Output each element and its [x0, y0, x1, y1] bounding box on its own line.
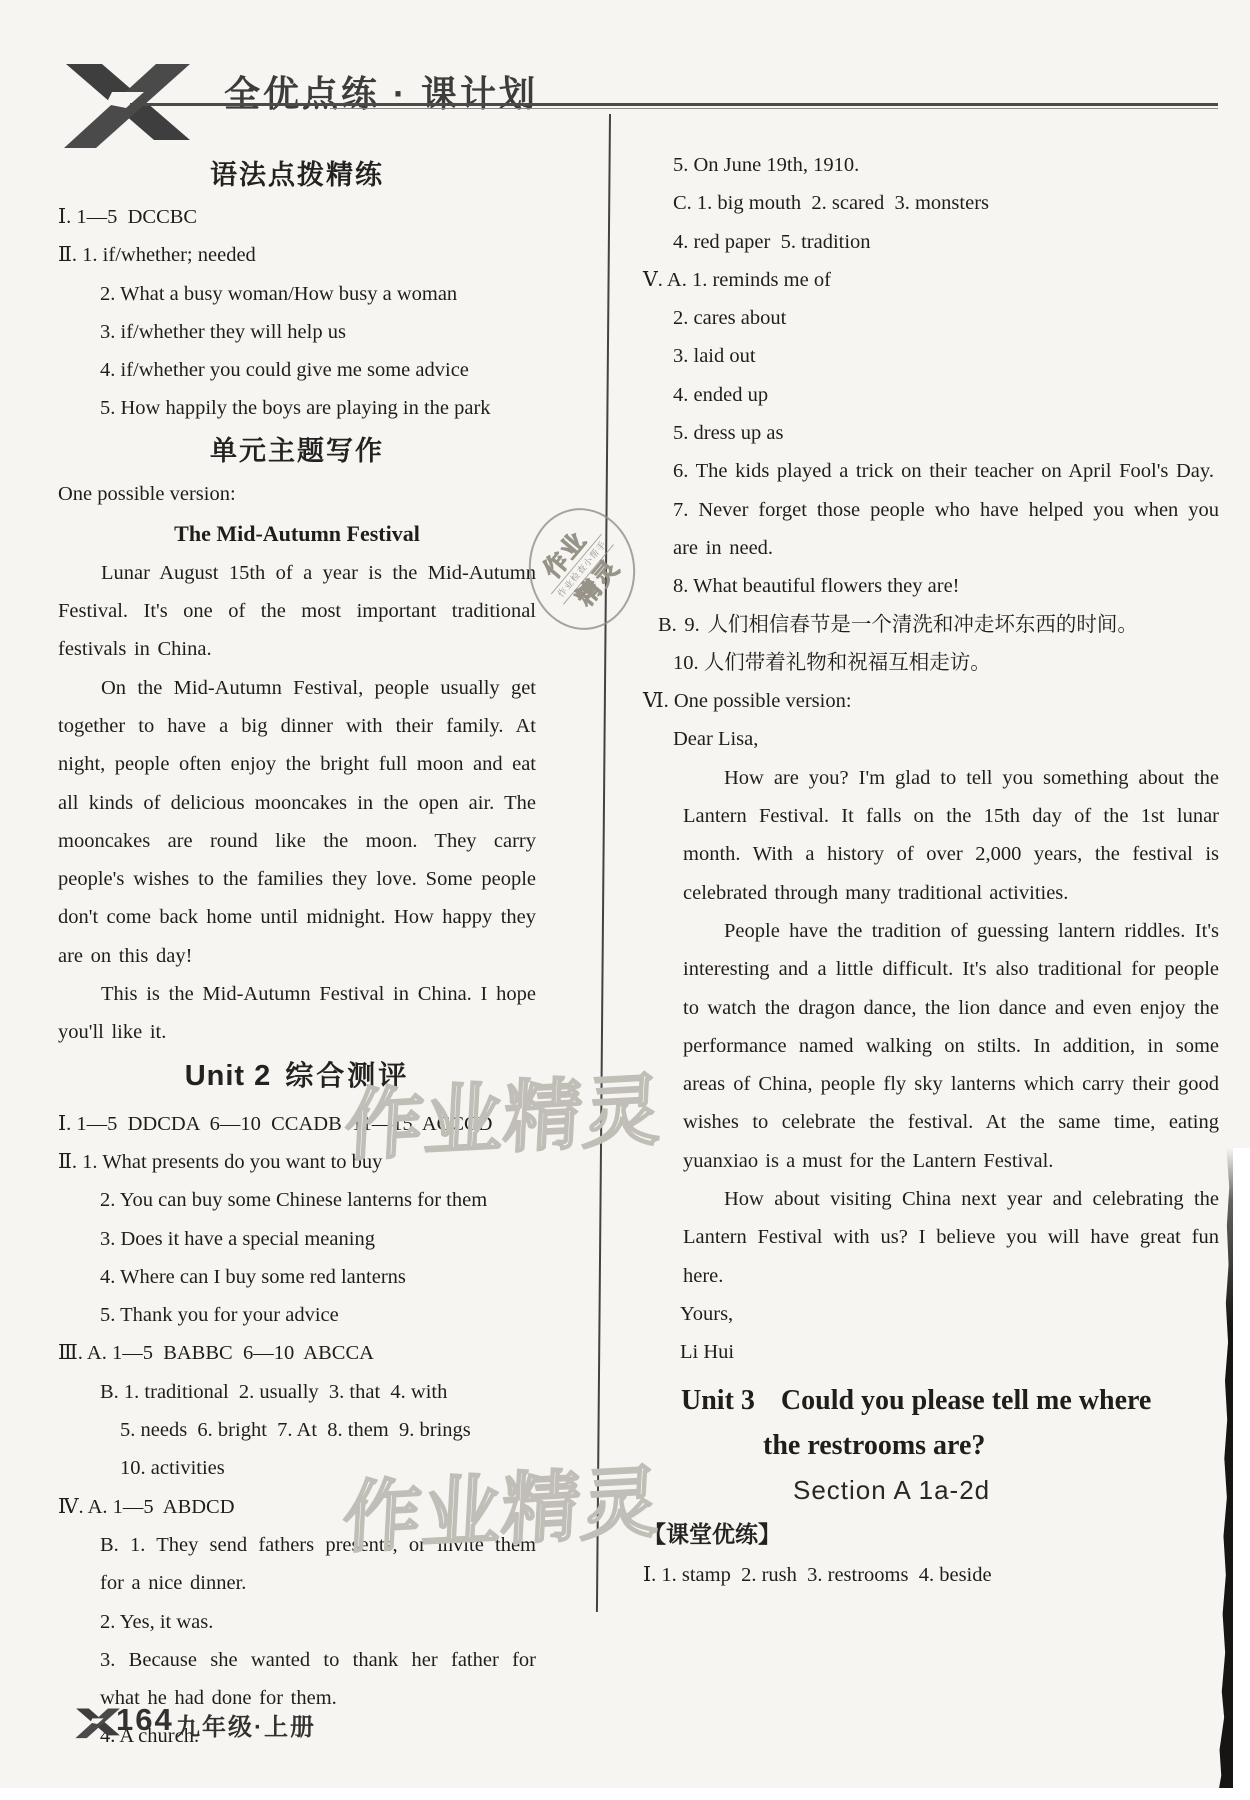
scan-margin-right: [1233, 1148, 1250, 1800]
answer-line: 4. ended up: [673, 376, 1219, 414]
unit3-heading-line2: the restrooms are?: [763, 1424, 1219, 1468]
answer-line: 5. How happily the boys are playing in t…: [100, 389, 536, 427]
answer-line: 6. The kids played a trick on their teac…: [673, 452, 1219, 490]
scan-margin-bottom: [0, 1788, 1250, 1800]
answer-line: Ⅲ. A. 1—5 BABBC 6—10 ABCCA: [58, 1334, 536, 1372]
right-column: 5. On June 19th, 1910. C. 1. big mouth 2…: [643, 146, 1219, 1594]
section-heading-writing: 单元主题写作: [58, 428, 536, 474]
essay-paragraph: This is the Mid-Autumn Festival in China…: [58, 975, 536, 1052]
answer-line: 4. Where can I buy some red lanterns: [100, 1258, 536, 1296]
section-heading-grammar: 语法点拨精练: [58, 152, 536, 198]
answer-line: 5. dress up as: [673, 414, 1219, 452]
answer-line: 2. cares about: [673, 299, 1219, 337]
answer-line: 3. if/whether they will help us: [100, 313, 536, 351]
unit3-heading-line1: Unit 3Could you please tell me where: [681, 1378, 1219, 1424]
answer-line: Ⅵ. One possible version:: [643, 682, 1219, 720]
answer-line: 8. What beautiful flowers they are!: [673, 567, 1219, 605]
round-stamp: 作业 作业检查小帮手 精灵: [521, 501, 643, 637]
answer-line: 10. 人们带着礼物和祝福互相走访。: [673, 644, 1219, 682]
answer-line: B. 9. 人们相信春节是一个清洗和冲走坏东西的时间。: [658, 606, 1219, 644]
answer-line: 2. What a busy woman/How busy a woman: [100, 275, 536, 313]
answer-line: Ⅴ. A. 1. reminds me of: [643, 261, 1219, 299]
answer-line: Ⅱ. 1. if/whether; needed: [58, 236, 536, 274]
essay-paragraph: On the Mid-Autumn Festival, people usual…: [58, 669, 536, 975]
answer-line: 3. laid out: [673, 337, 1219, 375]
column-divider: [596, 114, 611, 1612]
section-a-heading: Section A 1a-2d: [793, 1468, 1219, 1512]
answer-line: 5. needs 6. bright 7. At 8. them 9. brin…: [120, 1411, 536, 1449]
essay-title: The Mid-Autumn Festival: [58, 514, 536, 554]
letter-paragraph: How are you? I'm glad to tell you someth…: [683, 759, 1219, 912]
answer-line: 7. Never forget those people who have he…: [673, 491, 1219, 568]
answer-line: 4. red paper 5. tradition: [673, 223, 1219, 261]
answer-line: C. 1. big mouth 2. scared 3. monsters: [673, 184, 1219, 222]
letter-paragraph: People have the tradition of guessing la…: [683, 912, 1219, 1180]
footer-grade-label: 九年级·上册: [176, 1707, 316, 1742]
watermark-text: 作业精灵: [340, 1440, 663, 1568]
answer-line: B. 1. traditional 2. usually 3. that 4. …: [100, 1373, 536, 1411]
unit2-label: Unit 2: [185, 1060, 272, 1092]
ketang-youlian-heading: 【课堂优练】: [643, 1512, 1219, 1556]
answer-line: 5. Thank you for your advice: [100, 1296, 536, 1334]
watermark-text: 作业精灵: [342, 1048, 665, 1176]
one-possible-version-label: One possible version:: [58, 474, 536, 514]
footer-logo-icon: [74, 1702, 122, 1744]
scan-page-edge: [1217, 1148, 1234, 1795]
brand-title: 全优点练 · 课计划: [224, 66, 538, 117]
answer-line: 3. Does it have a special meaning: [100, 1220, 536, 1258]
letter-paragraph: How about visiting China next year and c…: [683, 1180, 1219, 1295]
answer-line: 5. On June 19th, 1910.: [673, 146, 1219, 184]
unit3-label: Unit 3: [681, 1385, 755, 1416]
header-rule: [130, 103, 1218, 106]
unit3-title-part1: Could you please tell me where: [781, 1385, 1151, 1416]
header-rule-shadow: [330, 108, 1218, 109]
letter-signature: Li Hui: [680, 1333, 1219, 1371]
answer-line: 2. Yes, it was.: [100, 1603, 536, 1641]
scanned-answer-page: { "header": { "brand": "全优点练 · 课计划" }, "…: [0, 0, 1250, 1800]
answer-line: 4. if/whether you could give me some adv…: [100, 351, 536, 389]
answer-line: 2. You can buy some Chinese lanterns for…: [100, 1181, 536, 1219]
answer-line: Ⅰ. 1—5 DCCBC: [58, 198, 536, 236]
letter-salutation: Dear Lisa,: [673, 720, 1219, 758]
letter-closing: Yours,: [680, 1295, 1219, 1333]
essay-paragraph: Lunar August 15th of a year is the Mid-A…: [58, 554, 536, 669]
page-number: 164: [116, 1702, 174, 1738]
answer-line: Ⅰ. 1. stamp 2. rush 3. restrooms 4. besi…: [643, 1556, 1219, 1594]
